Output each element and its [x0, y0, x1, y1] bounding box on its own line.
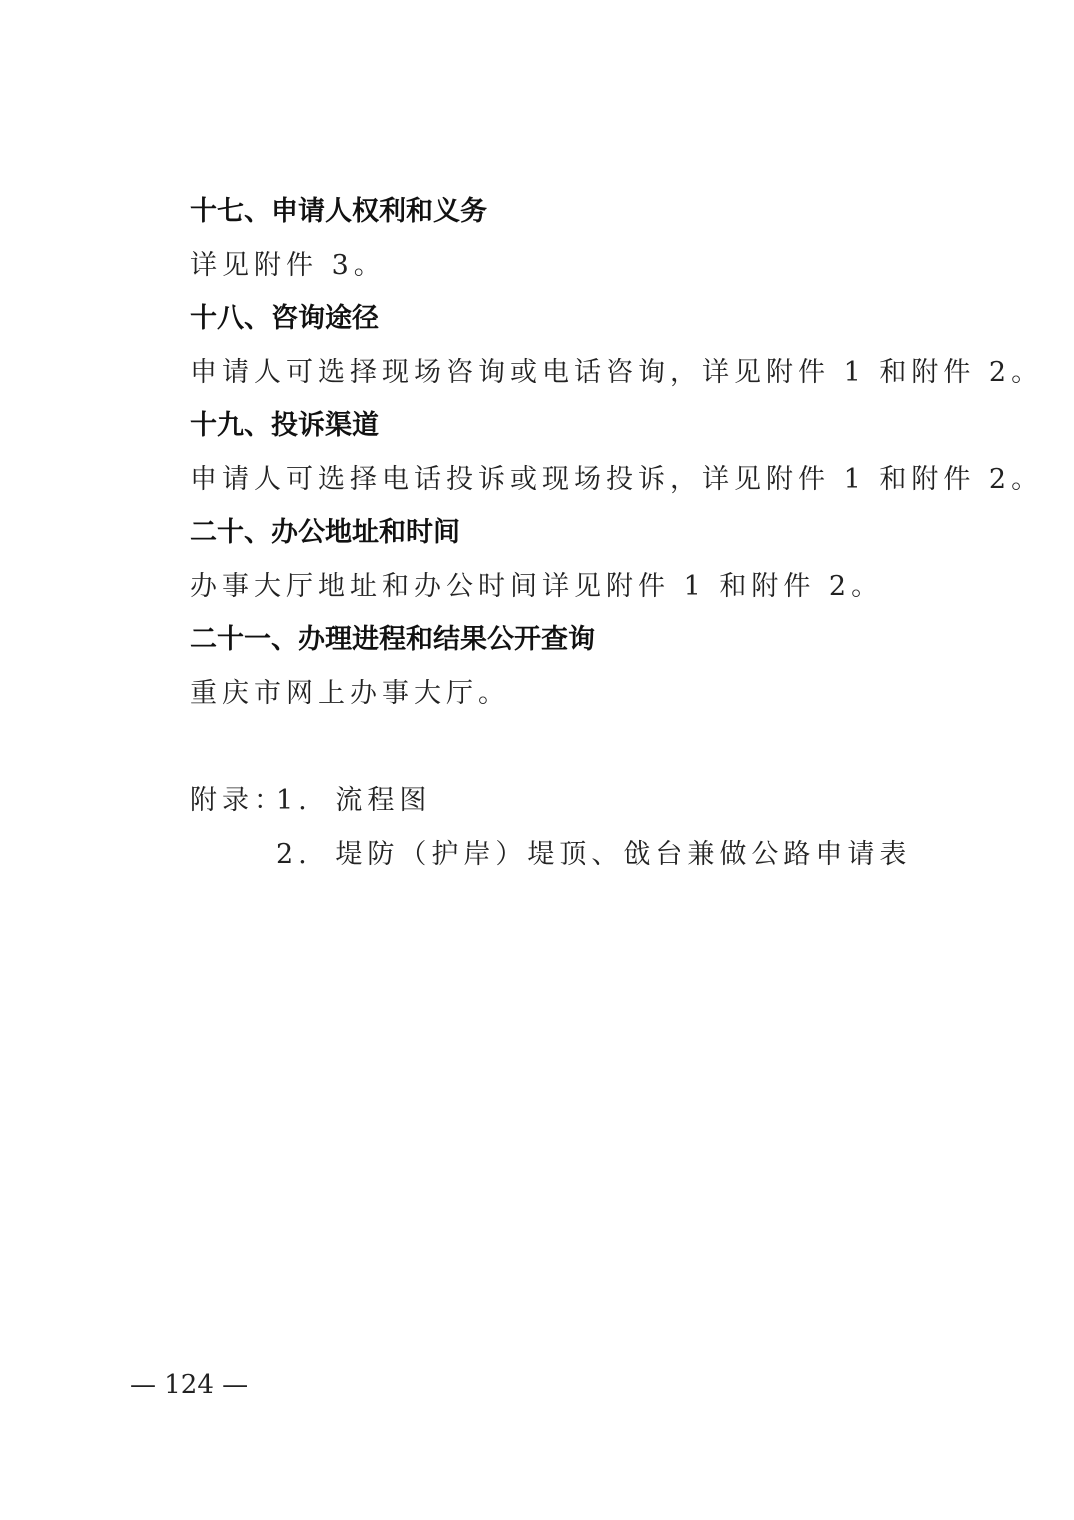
section-heading-21: 二十一、办理进程和结果公开查询 — [190, 623, 595, 657]
section-body-17: 详见附件 3。 — [190, 249, 386, 283]
appendix-item-title: 堤防（护岸）堤顶、戗台兼做公路申请表 — [335, 839, 911, 870]
appendix-item-1: 1. 流程图 — [276, 784, 431, 818]
section-heading-19: 十九、投诉渠道 — [190, 409, 379, 443]
section-body-18: 申请人可选择现场咨询或电话咨询，详见附件 1 和附件 2。 — [190, 356, 1043, 390]
appendix-item-number: 1. — [276, 785, 312, 816]
section-heading-20: 二十、办公地址和时间 — [190, 516, 460, 550]
appendix-item-title: 流程图 — [335, 785, 431, 816]
section-body-21: 重庆市网上办事大厅。 — [190, 677, 510, 711]
appendix-item-2: 2. 堤防（护岸）堤顶、戗台兼做公路申请表 — [276, 838, 911, 872]
appendix-item-number: 2. — [276, 839, 312, 870]
section-body-19: 申请人可选择电话投诉或现场投诉，详见附件 1 和附件 2。 — [190, 463, 1043, 497]
page-number: — 124 — — [130, 1368, 248, 1402]
section-body-20: 办事大厅地址和办公时间详见附件 1 和附件 2。 — [190, 570, 883, 604]
document-page: 十七、申请人权利和义务 详见附件 3。 十八、咨询途径 申请人可选择现场咨询或电… — [0, 0, 1074, 1520]
section-heading-17: 十七、申请人权利和义务 — [190, 195, 487, 229]
section-heading-18: 十八、咨询途径 — [190, 302, 379, 336]
appendix-label: 附录： — [190, 784, 286, 818]
